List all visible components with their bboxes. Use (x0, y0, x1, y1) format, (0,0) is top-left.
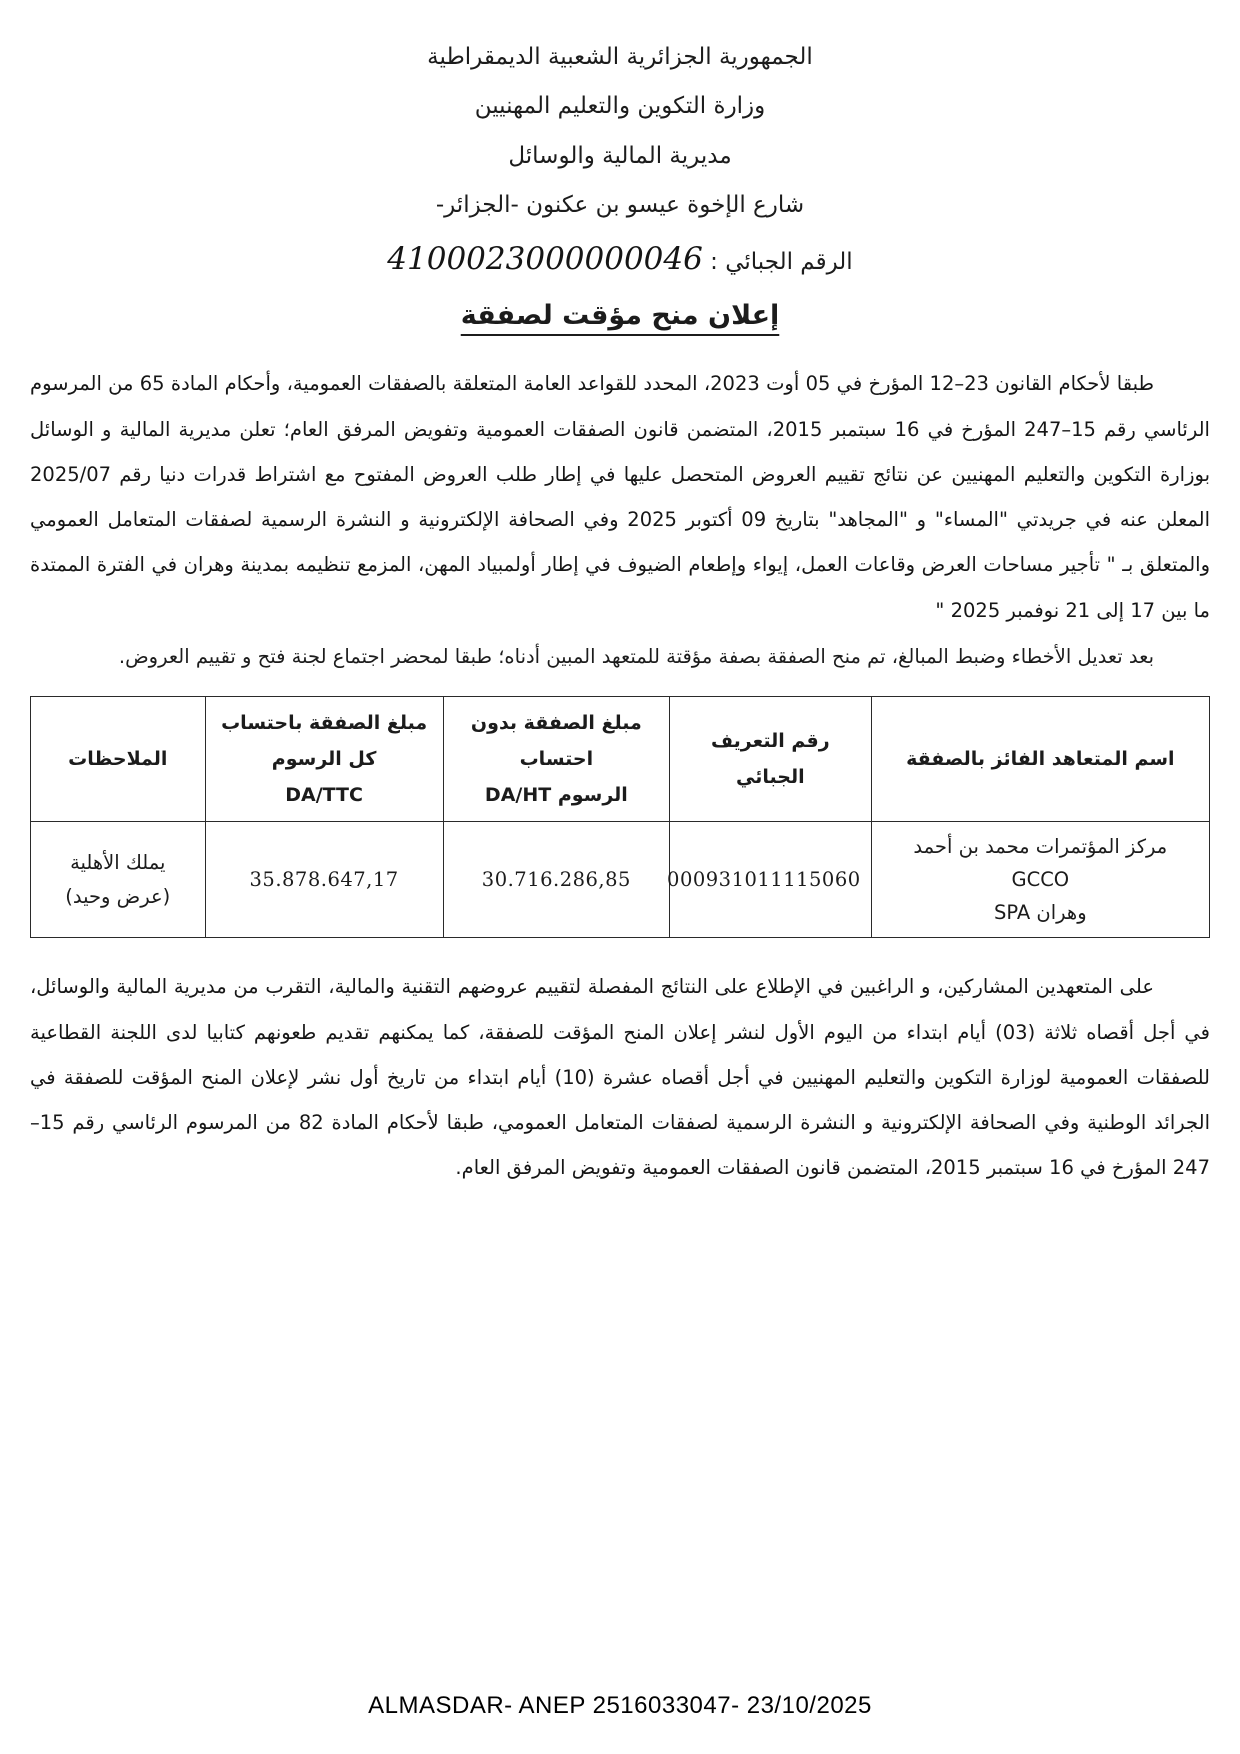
page-title: إعلان منح مؤقت لصفقة (30, 300, 1210, 331)
table-row: مركز المؤتمرات محمد بن أحمد GCCO وهران S… (31, 821, 1210, 937)
remarks-cell: يملك الأهلية (عرض وحيد) (31, 821, 206, 937)
award-table-header: اسم المتعاهد الفائز بالصفقة رقم التعريف … (31, 696, 1210, 821)
anep-reference: ALMASDAR- ANEP 2516033047- 23/10/2025 (368, 1692, 872, 1719)
award-table: اسم المتعاهد الفائز بالصفقة رقم التعريف … (30, 696, 1210, 939)
document-page: الجمهورية الجزائرية الشعبية الديمقراطية … (0, 0, 1240, 1754)
amount-ht-cell: 30.716.286,85 (443, 821, 669, 937)
winner-name-cell: مركز المؤتمرات محمد بن أحمد GCCO وهران S… (871, 821, 1209, 937)
publication-footer: ALMASDAR- ANEP 2516033047- 23/10/2025 (0, 1692, 1240, 1720)
tax-number-label: الرقم الجبائي : (710, 249, 853, 275)
tax-number-value: 4100023000000046 (387, 241, 703, 277)
col-header-tax-id: رقم التعريف الجبائي (670, 696, 872, 821)
ministry-line: وزارة التكوين والتعليم المهنيين (30, 93, 1210, 119)
col-header-winner-name: اسم المتعاهد الفائز بالصفقة (871, 696, 1209, 821)
republic-line: الجمهورية الجزائرية الشعبية الديمقراطية (30, 44, 1210, 70)
col-header-amount-ttc: مبلغ الصفقة باحتساب كل الرسوم DA/TTC (205, 696, 443, 821)
col-header-amount-ht: مبلغ الصفقة بدون احتساب الرسوم DA/HT (443, 696, 669, 821)
award-table-body: مركز المؤتمرات محمد بن أحمد GCCO وهران S… (31, 821, 1210, 937)
tax-id-cell: 000931011115060 (670, 821, 872, 937)
address-line: شارع الإخوة عيسو بن عكنون -الجزائر- (30, 192, 1210, 218)
appeals-paragraph: على المتعهدين المشاركين، و الراغبين في ا… (30, 964, 1210, 1190)
award-statement: بعد تعديل الأخطاء وضبط المبالغ، تم منح ا… (30, 635, 1210, 680)
amount-ttc-cell: 35.878.647,17 (205, 821, 443, 937)
directorate-line: مديرية المالية والوسائل (30, 143, 1210, 169)
intro-paragraph: طبقا لأحكام القانون 23–12 المؤرخ في 05 أ… (30, 361, 1210, 632)
header-row: اسم المتعاهد الفائز بالصفقة رقم التعريف … (31, 696, 1210, 821)
letterhead: الجمهورية الجزائرية الشعبية الديمقراطية … (30, 0, 1210, 277)
col-header-remarks: الملاحظات (31, 696, 206, 821)
document-content: الجمهورية الجزائرية الشعبية الديمقراطية … (0, 0, 1240, 1191)
tax-number-line: الرقم الجبائي : 4100023000000046 (30, 242, 1210, 278)
